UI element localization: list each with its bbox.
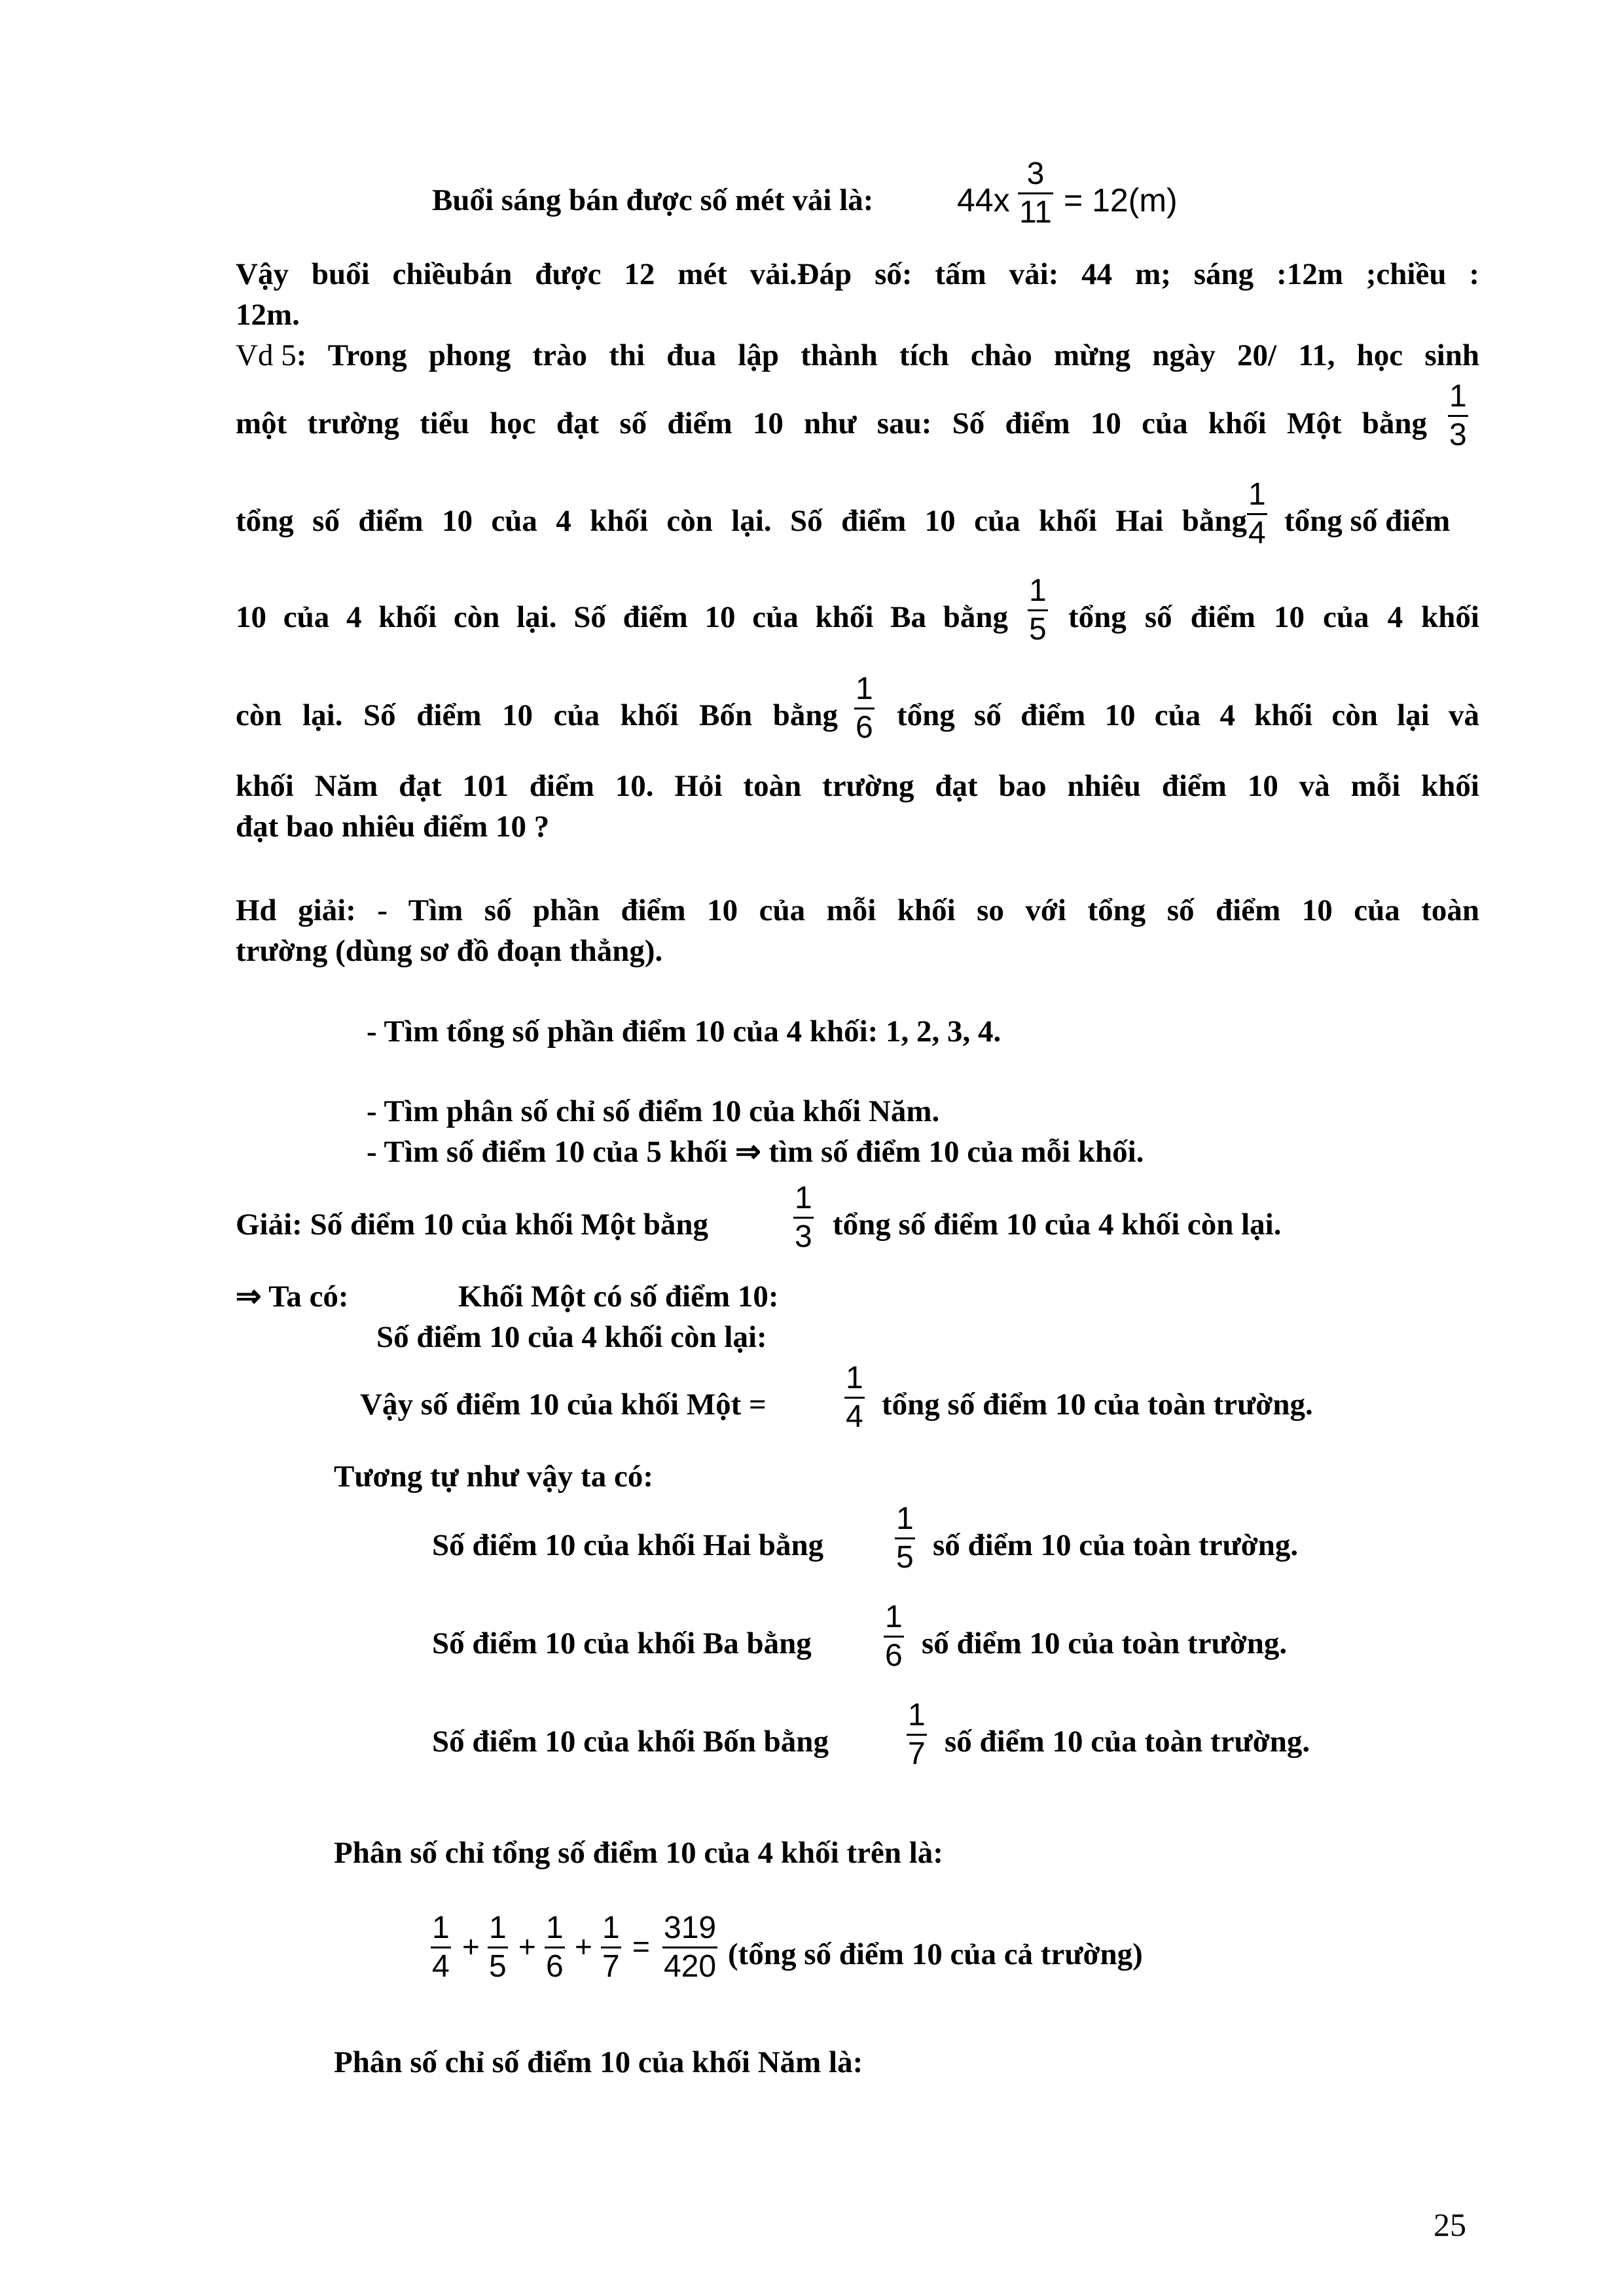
text-line: tổng số điểm 10 của 4 khối còn lại và [897,695,1479,736]
plus-operator: + [462,1929,480,1964]
fraction: 319420 [662,1911,717,1984]
text-line: Buổi sáng bán được số mét vải là: [432,180,873,221]
text-line: tổng số điểm 10 của 4 khối còn lại. Số đ… [236,501,1247,541]
fraction: 14 [844,1361,865,1434]
text-line: Số điểm 10 của khối Hai bằng [432,1525,823,1566]
text-line: còn lại. Số điểm 10 của khối Bốn bằng [236,695,838,736]
text-line: một trường tiểu học đạt số điểm 10 như s… [236,403,1427,444]
text-line: Hd giải: - Tìm số phần điểm 10 của mỗi k… [236,890,1479,931]
page-number: 25 [1434,2206,1466,2244]
text-line: Khối Một có số điểm 10: [458,1276,779,1317]
plus-operator: + [575,1929,592,1964]
fraction: 17 [907,1698,927,1771]
document-page: Buổi sáng bán được số mét vải là: 44x 31… [0,0,1624,2296]
math-expression: = 12(m) [1064,180,1178,221]
text-line: Số điểm 10 của 4 khối còn lại: [376,1317,767,1357]
text-line: 12m. [236,295,300,335]
text-line: Số điểm 10 của khối Ba bằng [432,1623,812,1664]
text-line: Vd 5: Trong phong trào thi đua lập thành… [236,335,1479,376]
fraction: 16 [854,672,875,745]
text-line: tổng số điểm 10 của toàn trường. [882,1384,1313,1425]
plus-operator: + [518,1929,536,1964]
text-line: số điểm 10 của toàn trường. [933,1525,1298,1566]
fraction: 15 [895,1502,915,1575]
equals-operator: = [632,1929,650,1964]
fraction: 15 [1028,574,1048,647]
fraction: 14 [1247,478,1267,550]
text-line: trường (dùng sơ đồ đoạn thẳng). [236,931,662,971]
fraction: 14 [431,1911,451,1984]
text-line: tổng số điểm 10 của 4 khối [1068,597,1479,637]
list-item: - Tìm phân số chỉ số điểm 10 của khối Nă… [367,1091,939,1132]
text-line: 10 của 4 khối còn lại. Số điểm 10 của kh… [236,597,1008,637]
text-line: đạt bao nhiêu điểm 10 ? [236,806,549,847]
text-line: Vậy buổi chiềubán được 12 mét vải.Đáp số… [236,254,1479,295]
fraction: 13 [1448,380,1468,452]
text-line: Vậy số điểm 10 của khối Một = [360,1384,767,1425]
fraction: 17 [601,1911,621,1984]
text-line: ⇒ Ta có: [236,1276,349,1317]
text-line: khối Năm đạt 101 điểm 10. Hỏi toàn trườn… [236,766,1479,806]
text-line: số điểm 10 của toàn trường. [922,1623,1287,1664]
text-line: Giải: Số điểm 10 của khối Một bằng [236,1204,708,1245]
text-line: tổng số điểm 10 của 4 khối còn lại. [833,1204,1282,1245]
text-line: Số điểm 10 của khối Bốn bằng [432,1721,829,1762]
fraction: 16 [884,1600,904,1673]
text-line: (tổng số điểm 10 của cả trường) [728,1934,1143,1975]
text-line: tổng số điểm [1284,501,1450,541]
text-line: số điểm 10 của toàn trường. [945,1721,1310,1762]
math-expression: 44x [957,180,1010,221]
list-item: - Tìm tổng số phần điểm 10 của 4 khối: 1… [367,1011,1001,1052]
text-line: Tương tự như vậy ta có: [334,1456,653,1497]
fraction: 15 [488,1911,508,1984]
fraction: 16 [545,1911,565,1984]
list-item: - Tìm số điểm 10 của 5 khối ⇒ tìm số điể… [367,1132,1144,1172]
text-line: Phân số chỉ số điểm 10 của khối Năm là: [334,2042,863,2083]
text-line: Phân số chỉ tổng số điểm 10 của 4 khối t… [334,1833,943,1873]
fraction: 13 [793,1181,814,1254]
fraction: 311 [1018,157,1053,230]
